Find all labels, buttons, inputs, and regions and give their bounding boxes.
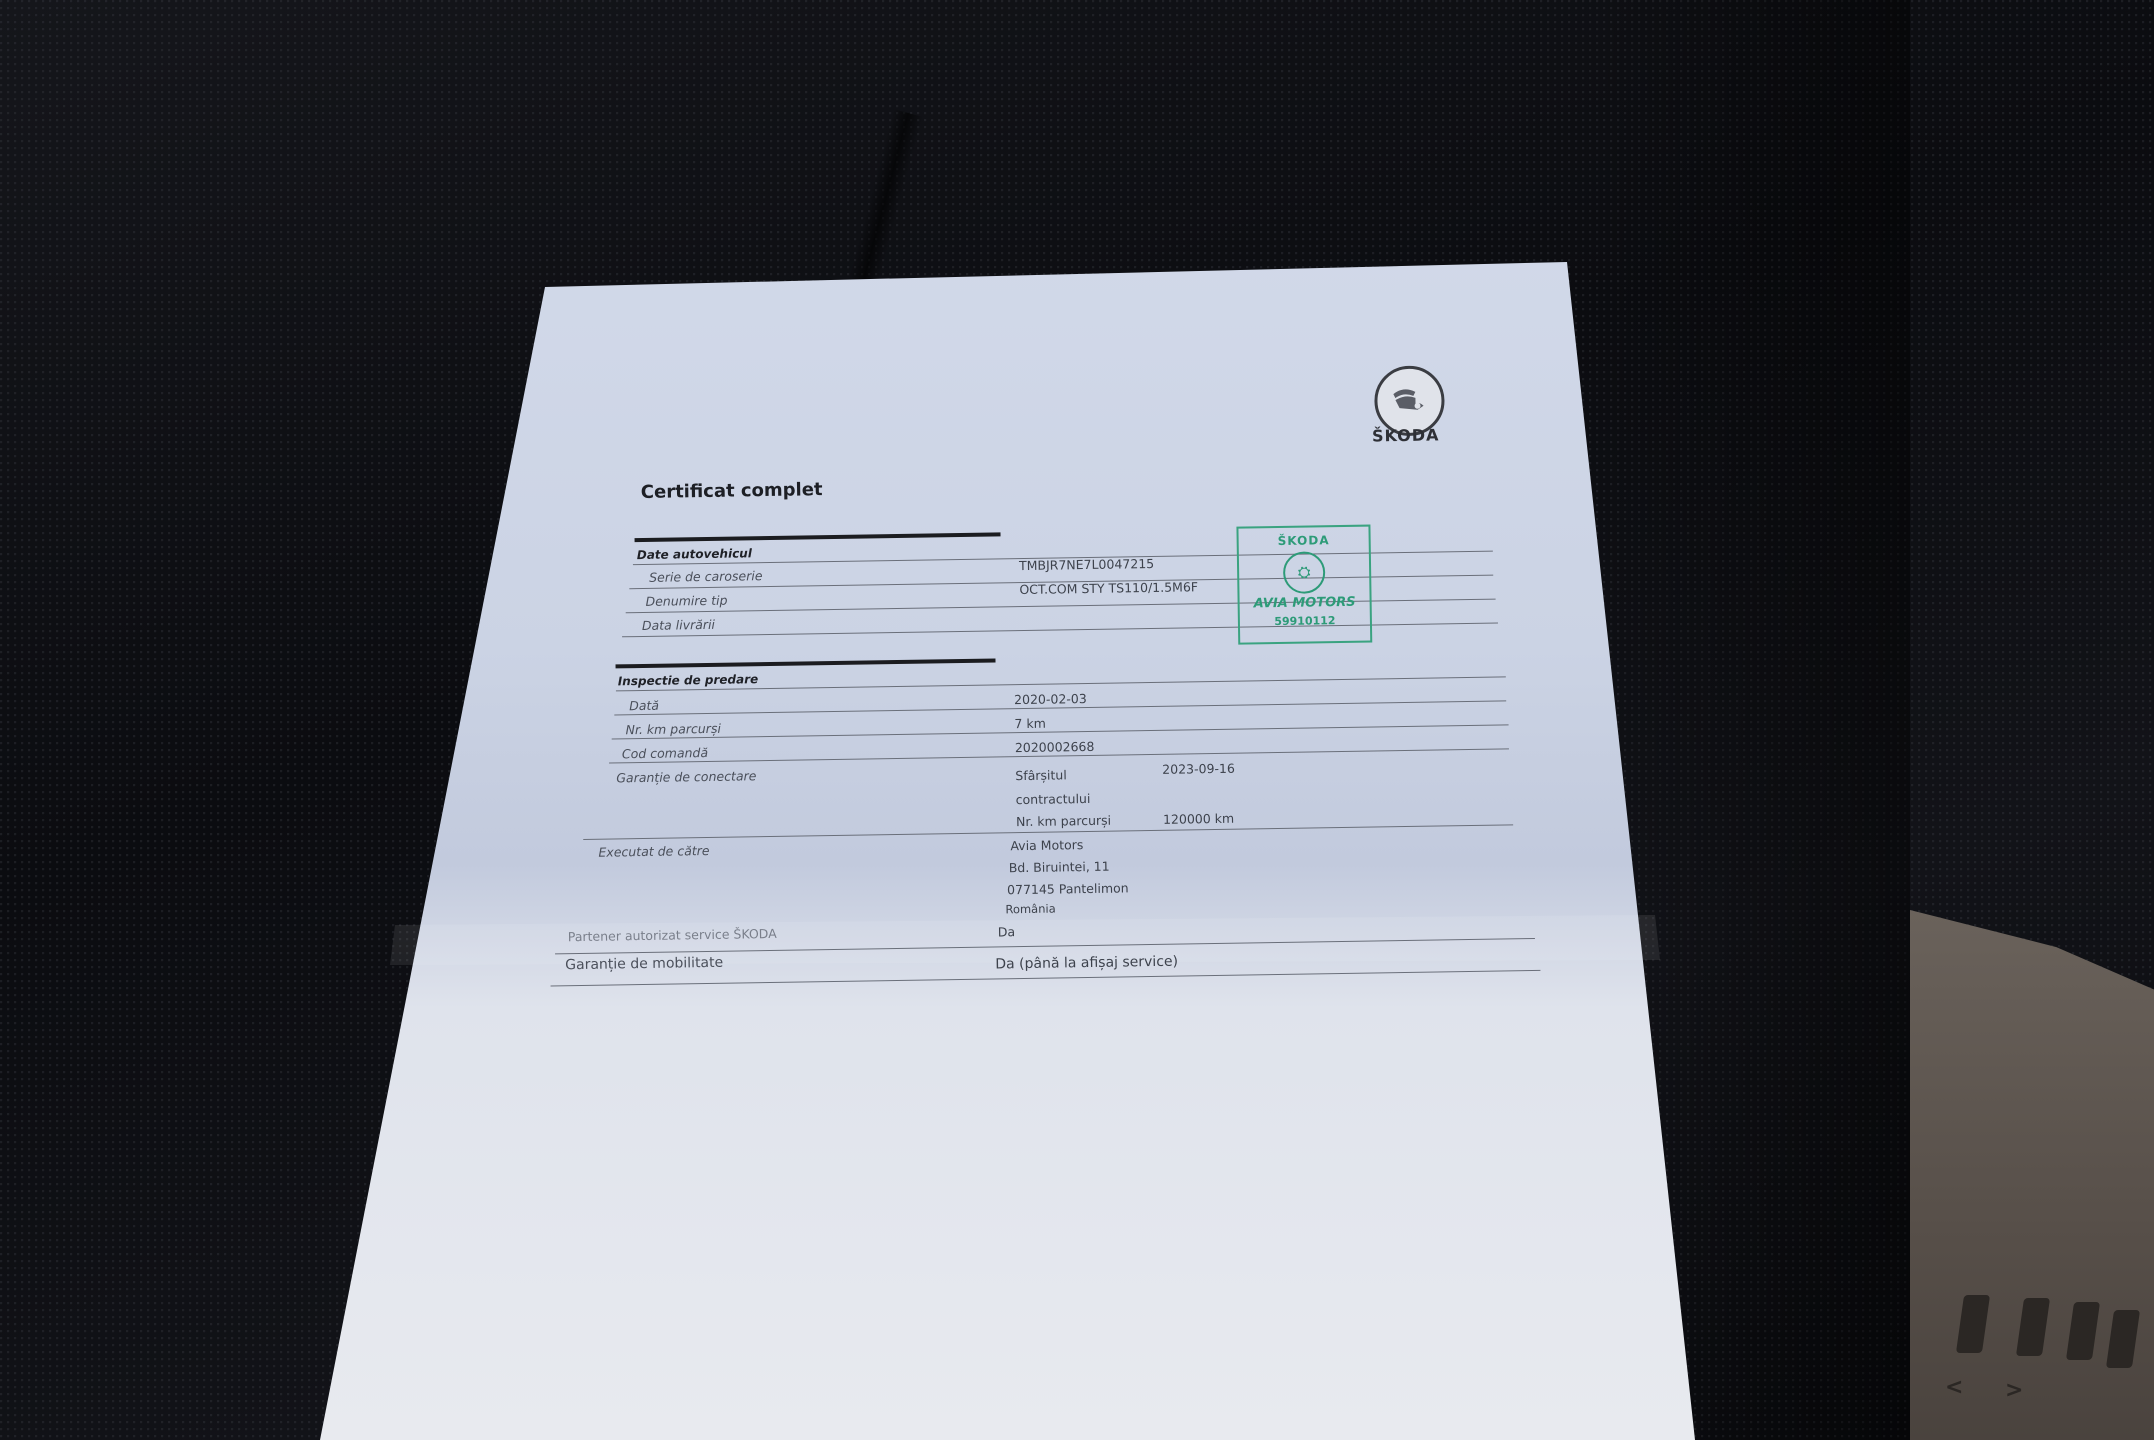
delivery-date-label: Data livrării bbox=[642, 617, 715, 633]
warranty-km-label: Nr. km parcurși bbox=[1016, 813, 1111, 829]
inspection-section-heading: Inspectie de predare bbox=[618, 672, 759, 688]
executed-by-label: Executat de către bbox=[598, 843, 709, 860]
warranty-label: Garanție de conectare bbox=[616, 768, 756, 785]
partner-value: Da bbox=[998, 924, 1016, 939]
stamp-code: 59910112 bbox=[1240, 614, 1370, 629]
certificate-document: ŠKODA Certificat complet Date autovehicu… bbox=[0, 0, 2154, 1440]
warranty-km-value: 120000 km bbox=[1163, 811, 1234, 827]
dealer-stamp: ŠKODA ⛭ AVIA MOTORS 59910112 bbox=[1236, 525, 1372, 645]
stamp-dealer: AVIA MOTORS bbox=[1240, 595, 1370, 612]
section-divider bbox=[616, 658, 996, 668]
executed-by-line: Avia Motors bbox=[1010, 837, 1083, 853]
document-title: Certificat complet bbox=[641, 479, 823, 503]
vehicle-section-heading: Date autovehicul bbox=[637, 546, 752, 562]
row-divider bbox=[612, 724, 1509, 739]
mobility-label: Garanție de mobilitate bbox=[565, 955, 723, 973]
km-value: 7 km bbox=[1014, 716, 1046, 731]
vin-label: Serie de caroserie bbox=[649, 568, 763, 585]
order-code-value: 2020002668 bbox=[1015, 739, 1095, 755]
vin-value: TMBJR7NE7L0047215 bbox=[1019, 556, 1154, 573]
type-value: OCT.COM STY TS110/1.5M6F bbox=[1019, 579, 1198, 597]
brand-name: ŠKODA bbox=[1372, 425, 1440, 445]
executed-by-line: 077145 Pantelimon bbox=[1007, 880, 1129, 897]
section-divider bbox=[635, 532, 1001, 542]
stamp-logo-icon: ⛭ bbox=[1283, 551, 1326, 594]
executed-by-line: Bd. Biruintei, 11 bbox=[1009, 859, 1110, 876]
partner-label: Partener autorizat service ŠKODA bbox=[568, 926, 777, 944]
km-label: Nr. km parcurși bbox=[625, 721, 721, 737]
date-value: 2020-02-03 bbox=[1014, 691, 1087, 707]
order-code-label: Cod comandă bbox=[622, 745, 708, 761]
row-divider bbox=[551, 970, 1541, 987]
executed-by-line: România bbox=[1005, 902, 1056, 917]
type-label: Denumire tip bbox=[645, 593, 727, 609]
warranty-end-value: 2023-09-16 bbox=[1162, 761, 1235, 777]
mobility-value: Da (până la afișaj service) bbox=[995, 954, 1178, 973]
warranty-end-label: Sfârșitul contractului bbox=[1015, 763, 1116, 813]
date-label: Dată bbox=[629, 698, 659, 713]
stamp-brand: ŠKODA bbox=[1239, 533, 1369, 549]
